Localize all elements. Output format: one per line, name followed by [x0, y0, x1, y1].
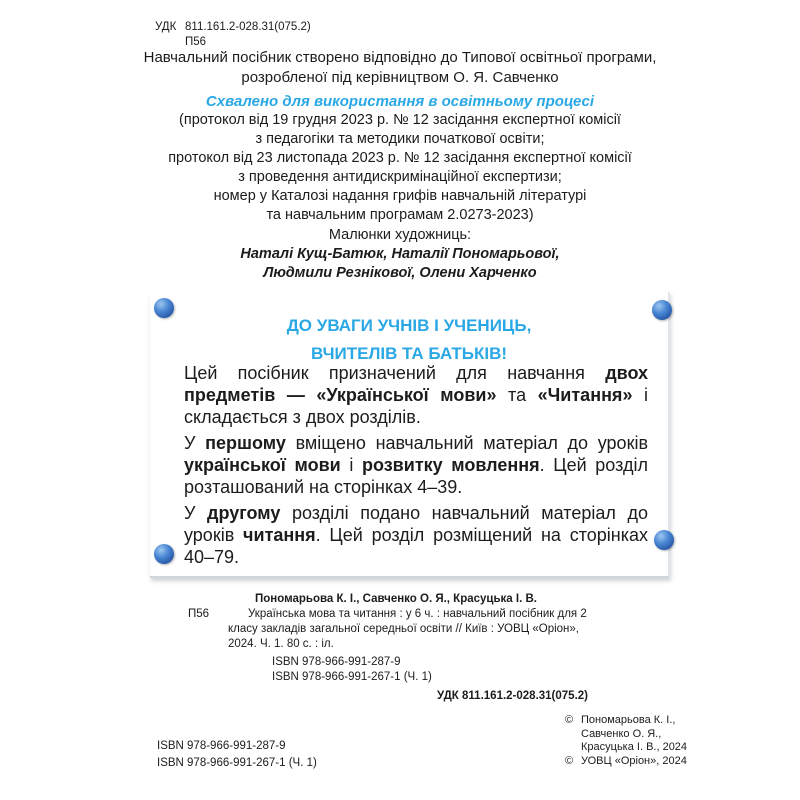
copyright-line: Красуцька І. В., 2024	[581, 741, 687, 755]
notice-paragraph: У першому вміщено навчальний матеріал до…	[184, 432, 648, 498]
catalog-description: Українська мова та читання : у 6 ч. : на…	[228, 607, 608, 652]
approval-line: протокол від 23 листопада 2023 р. № 12 з…	[140, 149, 660, 168]
catalog-authors: Пономарьова К. І., Савченко О. Я., Красу…	[255, 592, 608, 607]
copyright-line: УОВЦ «Оріон», 2024	[581, 755, 687, 769]
isbn-line: ISBN 978-966-991-267-1 (Ч. 1)	[272, 670, 608, 685]
artists-label: Малюнки художниць:	[140, 226, 660, 245]
intro-text: Навчальний посібник створено відповідно …	[140, 48, 660, 88]
copyright-icon: ©	[565, 714, 581, 728]
approval-stamp: Схвалено для використання в освітньому п…	[140, 92, 660, 111]
copyright-block: ©Пономарьова К. І., Савченко О. Я., Крас…	[565, 714, 687, 768]
catalog-udk: УДК 811.161.2-028.31(075.2)	[228, 689, 608, 704]
catalog-isbn: ISBN 978-966-991-287-9 ISBN 978-966-991-…	[272, 655, 608, 685]
approval-line: та навчальним програмам 2.0273-2023)	[140, 206, 660, 225]
udk-header: УДК811.161.2-028.31(075.2) П56	[155, 20, 311, 50]
copyright-line: Пономарьова К. І.,	[581, 714, 675, 728]
intro-line: Навчальний посібник створено відповідно …	[140, 48, 660, 68]
artists-names: Наталі Кущ-Батюк, Наталії Пономарьової,	[140, 245, 660, 264]
udk-label: УДК	[155, 20, 185, 35]
copyright-line: Савченко О. Я.,	[581, 728, 661, 742]
intro-line: розробленої під керівництвом О. Я. Савче…	[140, 68, 660, 88]
artists-names: Людмили Резнікової, Олени Харченко	[140, 264, 660, 283]
pin-icon	[654, 530, 674, 550]
notice-card: ДО УВАГИ УЧНІВ І УЧЕНИЦЬ, ВЧИТЕЛІВ ТА БА…	[150, 292, 670, 578]
notice-paragraph: Цей посібник призначений для навчання дв…	[184, 362, 648, 428]
copyright-icon: ©	[565, 755, 581, 769]
isbn-block: ISBN 978-966-991-287-9 ISBN 978-966-991-…	[157, 738, 317, 772]
notice-body: Цей посібник призначений для навчання дв…	[184, 362, 648, 572]
isbn-line: ISBN 978-966-991-287-9	[272, 655, 608, 670]
notice-title-line: ДО УВАГИ УЧНІВ І УЧЕНИЦЬ,	[150, 312, 668, 340]
catalog-code: П56	[188, 607, 209, 622]
catalog-record: Пономарьова К. І., Савченко О. Я., Красу…	[228, 592, 608, 704]
notice-paragraph: У другому розділі подано навчальний мате…	[184, 502, 648, 568]
artists-block: Малюнки художниць: Наталі Кущ-Батюк, Нат…	[140, 226, 660, 283]
pin-icon	[154, 544, 174, 564]
approval-line: з проведення антидискримінаційної експер…	[140, 168, 660, 187]
isbn-line: ISBN 978-966-991-287-9	[157, 738, 317, 755]
udk-code: 811.161.2-028.31(075.2)	[185, 21, 311, 33]
approval-line: номер у Каталозі надання грифів навчальн…	[140, 187, 660, 206]
notice-title: ДО УВАГИ УЧНІВ І УЧЕНИЦЬ, ВЧИТЕЛІВ ТА БА…	[150, 312, 668, 368]
approval-block: Схвалено для використання в освітньому п…	[140, 92, 660, 225]
approval-line: (протокол від 19 грудня 2023 р. № 12 зас…	[140, 111, 660, 130]
approval-line: з педагогіки та методики початкової осві…	[140, 130, 660, 149]
isbn-line: ISBN 978-966-991-267-1 (Ч. 1)	[157, 755, 317, 772]
